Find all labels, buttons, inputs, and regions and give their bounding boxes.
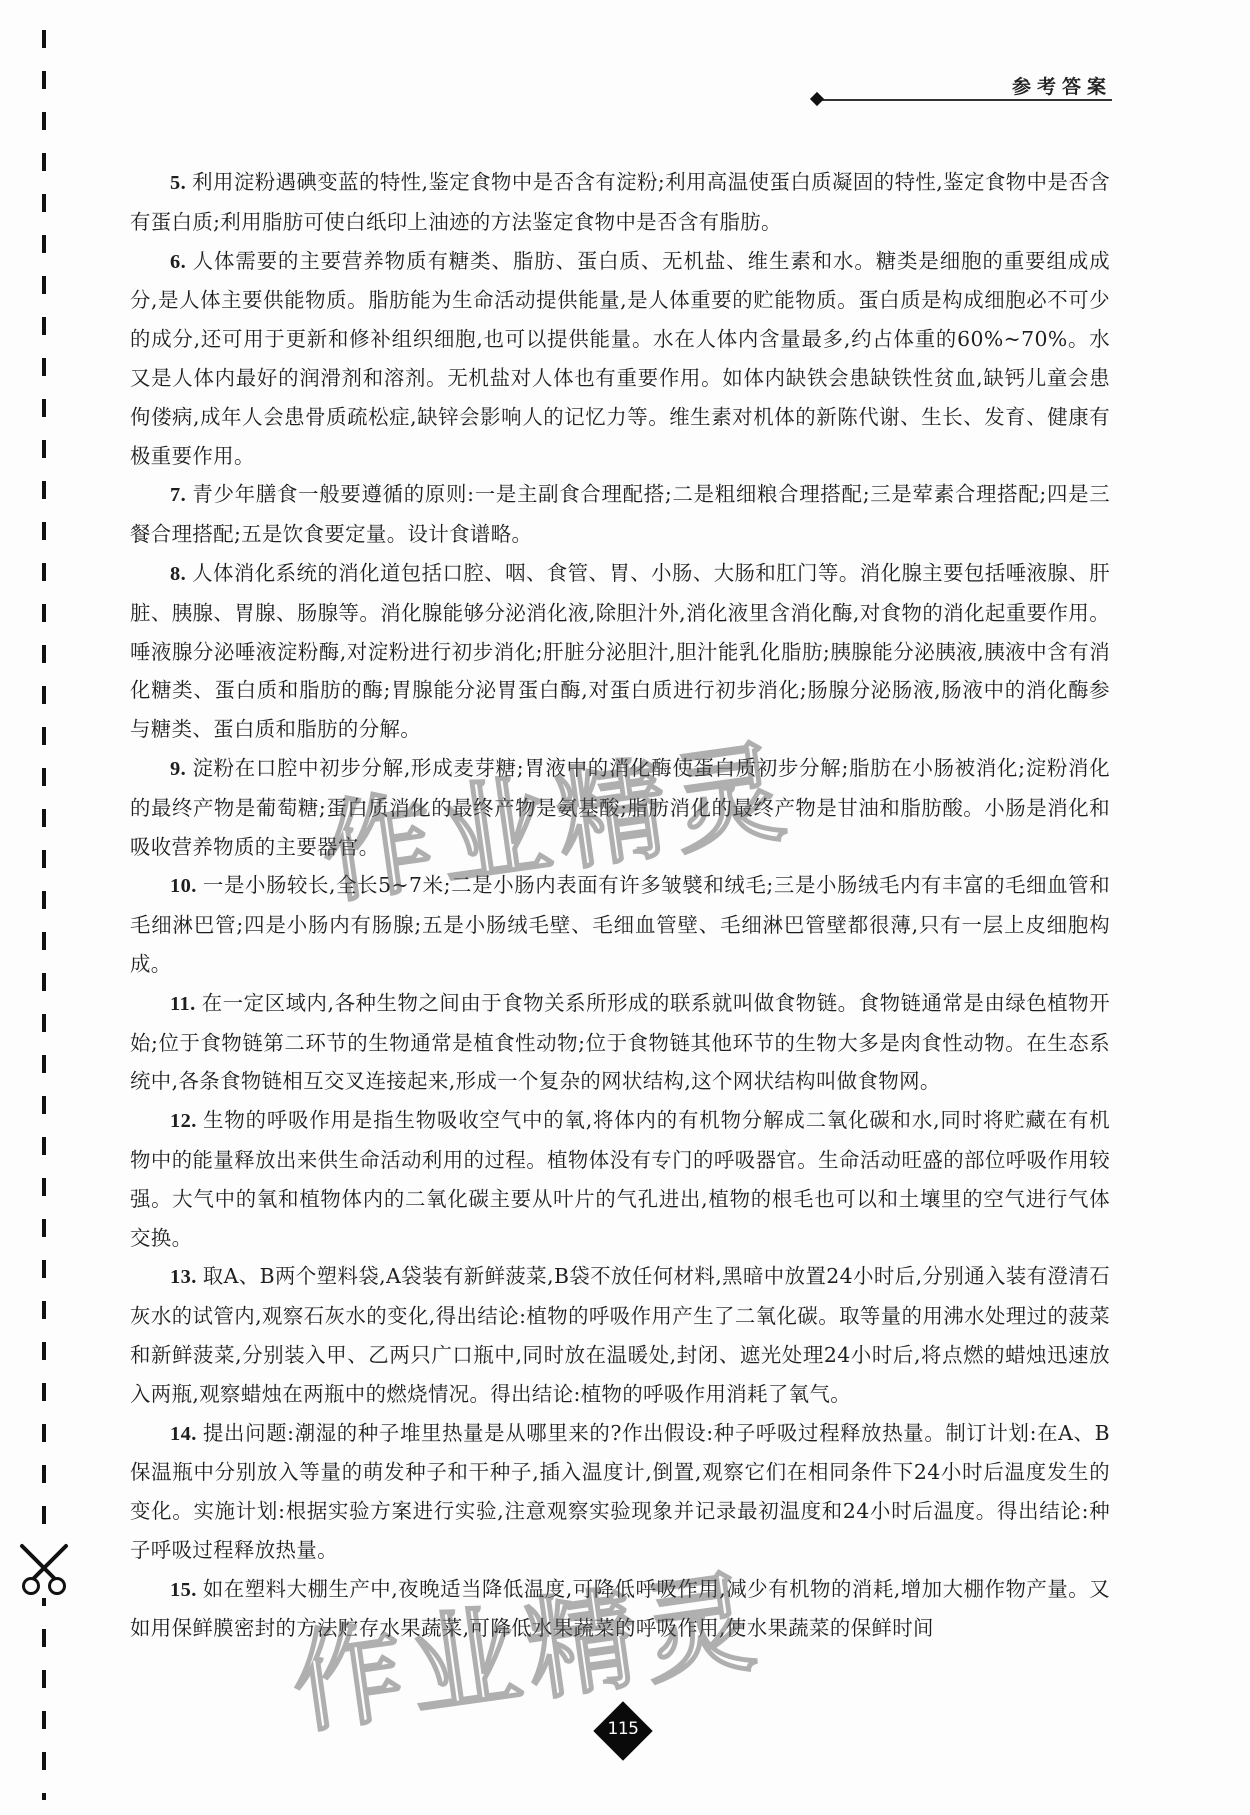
answer-text: 取A、B两个塑料袋,A袋装有新鲜菠菜,B袋不放任何材料,黑暗中放置24小时后,分… xyxy=(130,1264,1110,1405)
answer-text: 人体消化系统的消化道包括口腔、咽、食管、胃、小肠、大肠和肛门等。消化腺主要包括唾… xyxy=(130,561,1110,741)
answer-text: 生物的呼吸作用是指生物吸收空气中的氧,将体内的有机物分解成二氧化碳和水,同时将贮… xyxy=(130,1108,1110,1249)
header-rule xyxy=(820,99,1112,101)
answer-text: 提出问题:潮湿的种子堆里热量是从哪里来的?作出假设:种子呼吸过程释放热量。制订计… xyxy=(130,1421,1110,1562)
section-title: 参考答案 xyxy=(1012,72,1112,99)
answer-text: 利用淀粉遇碘变蓝的特性,鉴定食物中是否含有淀粉;利用高温使蛋白质凝固的特性,鉴定… xyxy=(130,170,1110,234)
answer-text: 淀粉在口腔中初步分解,形成麦芽糖;胃液中的消化酶使蛋白质初步分解;脂肪在小肠被消… xyxy=(130,756,1110,859)
answer-item-9: 9.淀粉在口腔中初步分解,形成麦芽糖;胃液中的消化酶使蛋白质初步分解;脂肪在小肠… xyxy=(130,749,1110,866)
answer-number: 7. xyxy=(170,484,186,506)
answer-item-10: 10.一是小肠较长,全长5~7米;二是小肠内表面有许多皱襞和绒毛;三是小肠绒毛内… xyxy=(130,866,1110,983)
answer-item-5: 5.利用淀粉遇碘变蓝的特性,鉴定食物中是否含有淀粉;利用高温使蛋白质凝固的特性,… xyxy=(130,163,1110,242)
answer-text: 在一定区域内,各种生物之间由于食物关系所形成的联系就叫做食物链。食物链通常是由绿… xyxy=(130,991,1110,1094)
answer-text: 一是小肠较长,全长5~7米;二是小肠内表面有许多皱襞和绒毛;三是小肠绒毛内有丰富… xyxy=(130,873,1110,976)
page-header: 参考答案 xyxy=(812,72,1112,102)
answer-number: 6. xyxy=(170,251,186,273)
answer-item-12: 12.生物的呼吸作用是指生物吸收空气中的氧,将体内的有机物分解成二氧化碳和水,同… xyxy=(130,1101,1110,1257)
answer-item-14: 14.提出问题:潮湿的种子堆里热量是从哪里来的?作出假设:种子呼吸过程释放热量。… xyxy=(130,1414,1110,1570)
answer-number: 10. xyxy=(170,875,197,897)
answer-number: 13. xyxy=(170,1266,197,1288)
cut-line xyxy=(42,30,46,1800)
answer-number: 14. xyxy=(170,1423,197,1445)
answer-number: 8. xyxy=(170,563,186,585)
answer-item-11: 11.在一定区域内,各种生物之间由于食物关系所形成的联系就叫做食物链。食物链通常… xyxy=(130,984,1110,1101)
answer-item-15: 15.如在塑料大棚生产中,夜晚适当降低温度,可降低呼吸作用,减少有机物的消耗,增… xyxy=(130,1570,1110,1649)
answer-number: 12. xyxy=(170,1110,197,1132)
answer-number: 11. xyxy=(170,993,196,1015)
answer-number: 9. xyxy=(170,758,186,780)
answer-item-8: 8.人体消化系统的消化道包括口腔、咽、食管、胃、小肠、大肠和肛门等。消化腺主要包… xyxy=(130,554,1110,749)
answer-number: 5. xyxy=(170,172,186,194)
answer-item-6: 6.人体需要的主要营养物质有糖类、脂肪、蛋白质、无机盐、维生素和水。糖类是细胞的… xyxy=(130,242,1110,476)
answer-number: 15. xyxy=(170,1579,197,1601)
answer-list: 5.利用淀粉遇碘变蓝的特性,鉴定食物中是否含有淀粉;利用高温使蛋白质凝固的特性,… xyxy=(130,163,1110,1648)
answer-text: 人体需要的主要营养物质有糖类、脂肪、蛋白质、无机盐、维生素和水。糖类是细胞的重要… xyxy=(130,249,1110,468)
answer-item-13: 13.取A、B两个塑料袋,A袋装有新鲜菠菜,B袋不放任何材料,黑暗中放置24小时… xyxy=(130,1257,1110,1413)
answer-text: 青少年膳食一般要遵循的原则:一是主副食合理配搭;二是粗细粮合理搭配;三是荤素合理… xyxy=(130,482,1110,546)
answer-text: 如在塑料大棚生产中,夜晚适当降低温度,可降低呼吸作用,减少有机物的消耗,增加大棚… xyxy=(130,1577,1110,1641)
answer-item-7: 7.青少年膳食一般要遵循的原则:一是主副食合理配搭;二是粗细粮合理搭配;三是荤素… xyxy=(130,475,1110,554)
scissors-icon xyxy=(16,1538,72,1598)
page-number: 115 xyxy=(592,1719,654,1739)
page-number-badge: 115 xyxy=(592,1700,654,1762)
diamond-icon xyxy=(810,92,824,106)
